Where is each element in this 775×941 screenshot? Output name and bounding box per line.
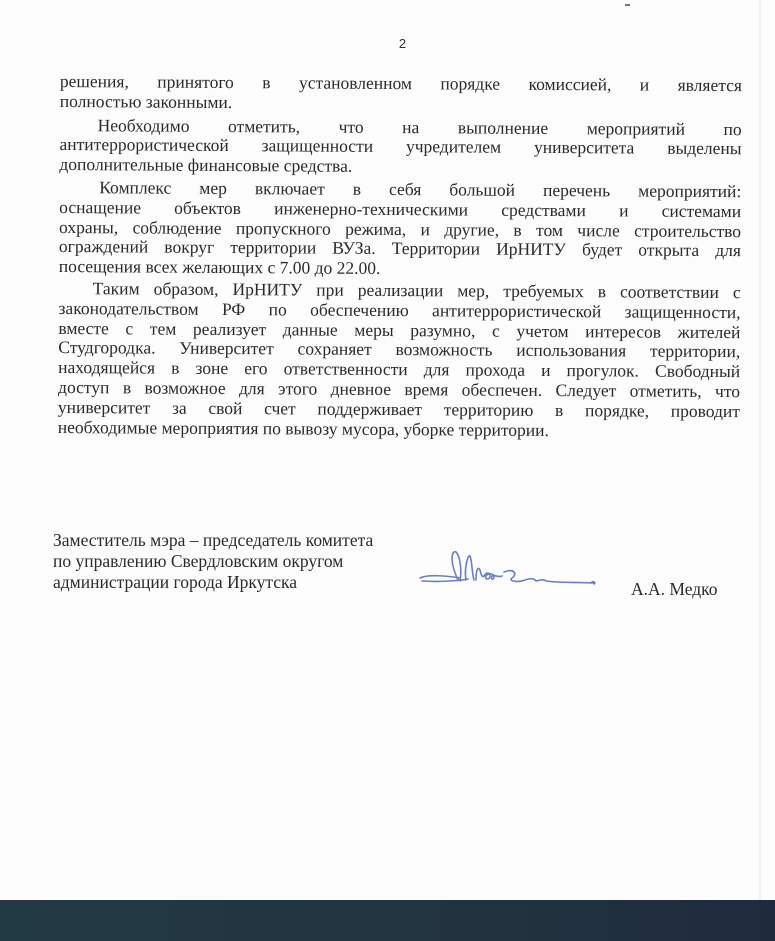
signatory-title-line: по управлению Свердловским округом bbox=[53, 551, 373, 572]
text-line: посещения всех желающих с 7.00 до 22.00. bbox=[59, 257, 741, 281]
paragraph-2: Необходимо отметить, что на выполнение м… bbox=[59, 116, 741, 180]
page-number: 2 bbox=[0, 36, 775, 51]
viewer-footer-bar bbox=[0, 900, 775, 941]
text-line: необходимые мероприятия по вывозу мусора… bbox=[58, 418, 740, 442]
document-page: 2 решения, принятого в установленном пор… bbox=[0, 0, 775, 900]
body-text: решения, принятого в установленном поряд… bbox=[58, 72, 742, 442]
paragraph-3: Комплекс мер включает в себя большой пер… bbox=[59, 178, 742, 281]
page-edge bbox=[759, 0, 761, 900]
text-line: полностью законными. bbox=[60, 92, 742, 116]
signatory-title-line: Заместитель мэра – председатель комитета bbox=[53, 530, 373, 551]
top-mark bbox=[625, 4, 630, 6]
text-line: дополнительные финансовые средства. bbox=[59, 155, 741, 179]
paragraph-4: Таким образом, ИрНИТУ при реализации мер… bbox=[58, 279, 741, 442]
handwritten-signature-icon bbox=[418, 548, 603, 598]
signatory-name: А.А. Медко bbox=[631, 579, 718, 600]
paragraph-1: решения, принятого в установленном поряд… bbox=[60, 72, 742, 116]
signatory-title: Заместитель мэра – председатель комитета… bbox=[53, 530, 373, 593]
signatory-title-line: администрации города Иркутска bbox=[53, 572, 373, 593]
